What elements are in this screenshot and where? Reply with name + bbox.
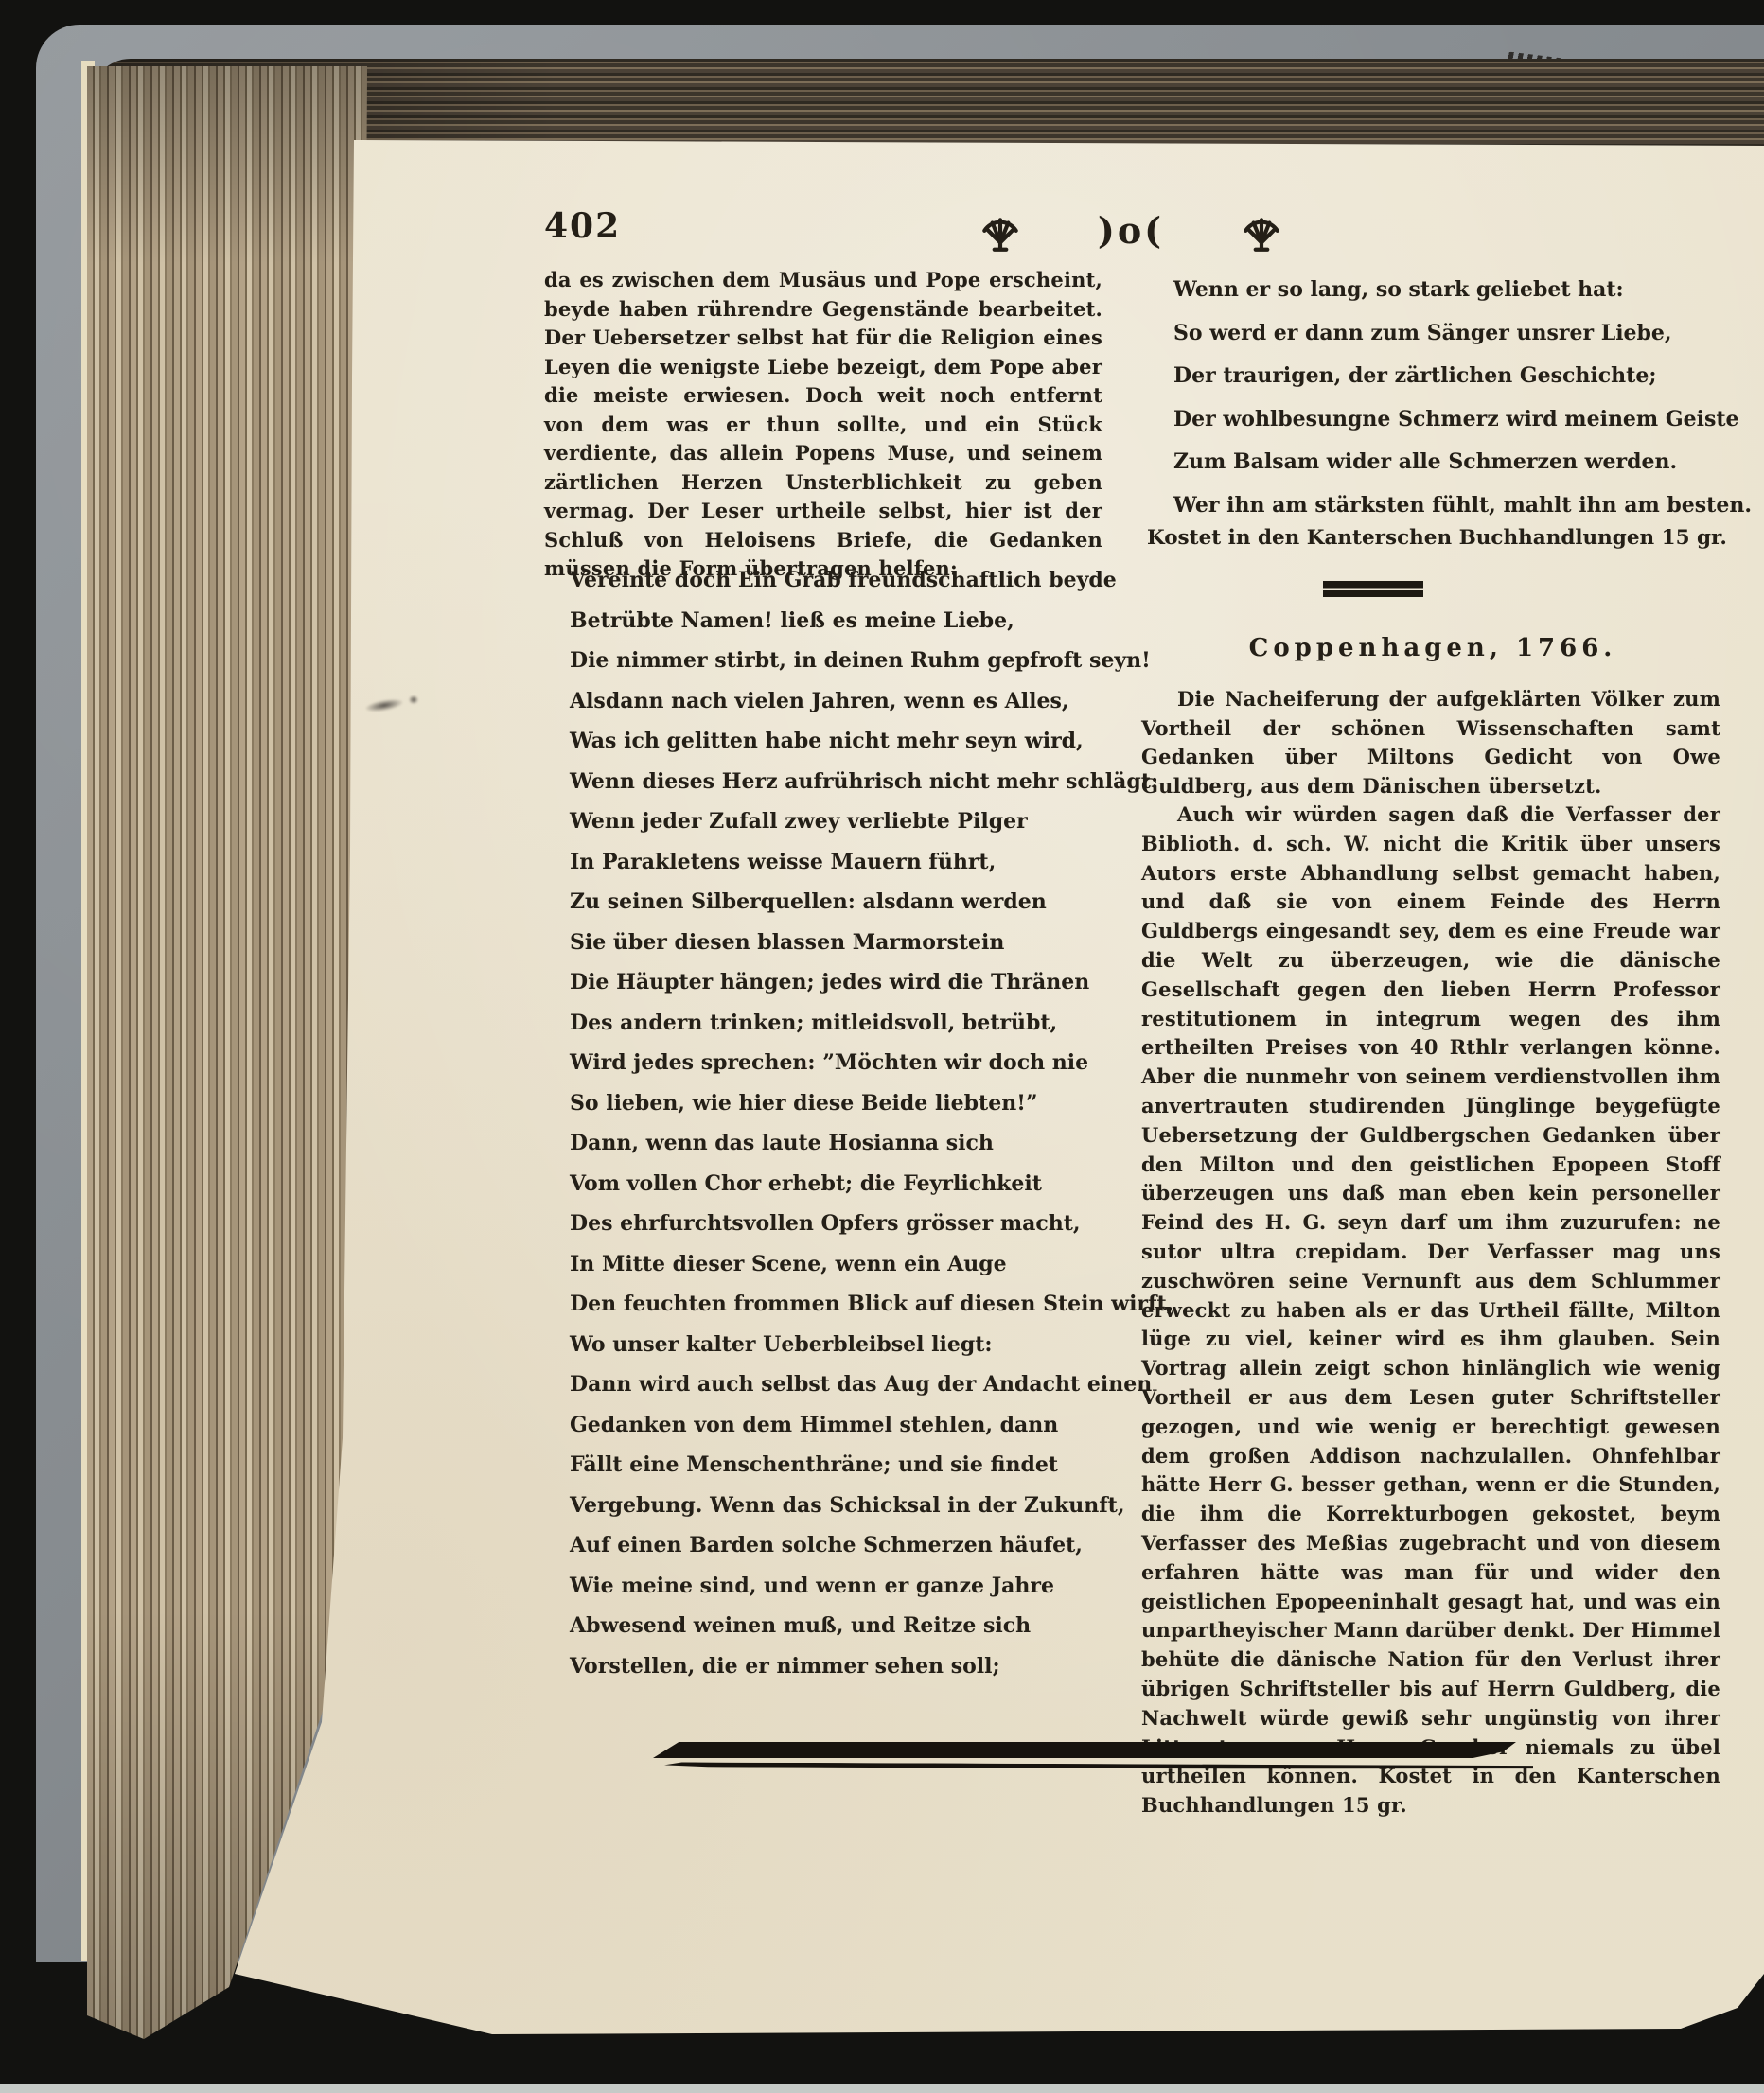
poem-line: Wenn dieses Herz aufrührisch nicht mehr …: [570, 762, 1105, 802]
poem-line: Wie meine sind, und wenn er ganze Jahre: [570, 1566, 1105, 1607]
poem-line: Wenn jeder Zufall zwey verliebte Pilger: [570, 801, 1105, 842]
book-scan: 402 )o( da es zwischen dem Musäus und Po…: [0, 0, 1764, 2093]
scanner-edge-strip: [0, 2084, 1764, 2093]
poem-line: In Parakletens weisse Mauern führt,: [570, 842, 1105, 883]
poem-line: Wenn er so lang, so stark geliebet hat:: [1173, 269, 1722, 312]
poem-line: Gedanken von dem Himmel stehlen, dann: [570, 1405, 1105, 1446]
poem-line: Vorstellen, die er nimmer sehen soll;: [570, 1646, 1105, 1687]
poem-line: So lieben, wie hier diese Beide liebten!…: [570, 1083, 1105, 1124]
poem-line: Des andern trinken; mitleidsvoll, betrüb…: [570, 1003, 1105, 1044]
poem-line: Wo unser kalter Ueberbleibsel liegt:: [570, 1325, 1105, 1365]
poem-line: Dann, wenn das laute Hosianna sich: [570, 1123, 1105, 1164]
poem-line: Fällt eine Menschenthräne; und sie finde…: [570, 1445, 1105, 1486]
section-divider-rule: [1323, 581, 1423, 597]
poem-line: Vom vollen Chor erhebt; die Feyrlichkeit: [570, 1164, 1105, 1205]
right-column-poem: Wenn er so lang, so stark geliebet hat:S…: [1173, 269, 1722, 527]
poem-line: So werd er dann zum Sänger unsrer Liebe,: [1173, 312, 1722, 356]
poem-line: Vereinte doch Ein Grab freundschaftlich …: [570, 560, 1105, 601]
poem-line: Der traurigen, der zärtlichen Geschichte…: [1173, 355, 1722, 398]
page-number: 402: [544, 206, 621, 246]
poem-line: Abwesend weinen muß, und Reitze sich: [570, 1606, 1105, 1646]
ink-smudge: [409, 695, 418, 704]
poem-line: Den feuchten frommen Blick auf diesen St…: [570, 1284, 1105, 1325]
bottom-rule: [653, 1742, 1516, 1758]
poem-line: Auf einen Barden solche Schmerzen häufet…: [570, 1525, 1105, 1566]
poem-line: Wer ihn am stärksten fühlt, mahlt ihn am…: [1173, 484, 1722, 528]
poem-line: Der wohlbesungne Schmerz wird meinem Gei…: [1173, 398, 1722, 442]
poem-line: In Mitte dieser Scene, wenn ein Auge: [570, 1244, 1105, 1285]
price-note: Kostet in den Kanterschen Buchhandlungen…: [1147, 526, 1722, 550]
section-review-paragraph: Auch wir würden sagen daß die Verfasser …: [1141, 800, 1720, 1820]
header-ornament-row: )o(: [979, 208, 1283, 259]
poem-line: Des ehrfurchtsvollen Opfers grösser mach…: [570, 1204, 1105, 1244]
poem-line: Was ich gelitten habe nicht mehr seyn wi…: [570, 721, 1105, 762]
poem-line: Zum Balsam wider alle Schmerzen werden.: [1173, 441, 1722, 484]
shell-fleuron-icon: [979, 213, 1022, 255]
left-column-intro-paragraph: da es zwischen dem Musäus und Pope ersch…: [544, 266, 1102, 584]
poem-line: Die nimmer stirbt, in deinen Ruhm gepfro…: [570, 641, 1105, 681]
poem-line: Betrübte Namen! ließ es meine Liebe,: [570, 601, 1105, 642]
left-column-poem: Vereinte doch Ein Grab freundschaftlich …: [570, 560, 1105, 1686]
poem-line: Sie über diesen blassen Marmorstein: [570, 923, 1105, 963]
poem-line: Alsdann nach vielen Jahren, wenn es Alle…: [570, 681, 1105, 722]
poem-line: Vergebung. Wenn das Schicksal in der Zuk…: [570, 1486, 1105, 1526]
center-mark: )o(: [1098, 209, 1164, 252]
section-title-paragraph: Die Nacheiferung der aufgeklärten Völker…: [1141, 685, 1720, 800]
poem-line: Dann wird auch selbst das Aug der Andach…: [570, 1364, 1105, 1405]
shell-fleuron-icon: [1240, 213, 1283, 255]
poem-line: Die Häupter hängen; jedes wird die Thrän…: [570, 962, 1105, 1003]
poem-line: Zu seinen Silberquellen: alsdann werden: [570, 882, 1105, 923]
poem-line: Wird jedes sprechen: ”Möchten wir doch n…: [570, 1043, 1105, 1083]
section-heading: Coppenhagen, 1766.: [1147, 634, 1719, 662]
